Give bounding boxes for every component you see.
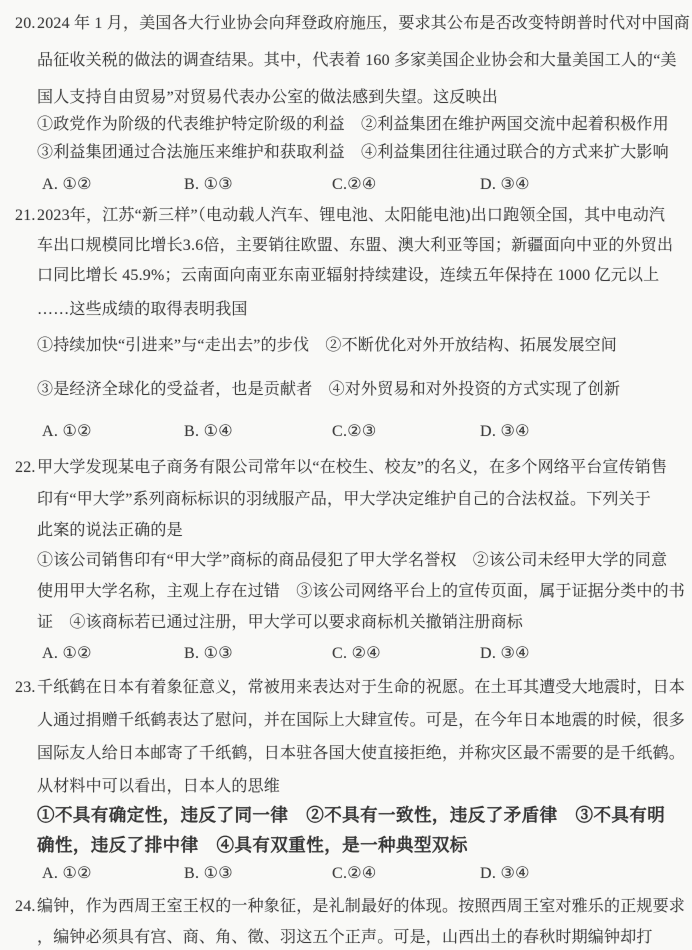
question-text-line: ①该公司销售印有“甲大学”商标的商品侵犯了甲大学名誉权 ②该公司未经甲大学的同意 <box>37 551 667 570</box>
question-text-line: ①不具有确定性，违反了同一律 ②不具有一致性，违反了矛盾律 ③不具有明 <box>37 806 665 825</box>
question-number: 20. <box>15 14 36 33</box>
answer-choices-row: A. ①②B. ①③C.②④D. ③④ <box>0 864 692 884</box>
question-text-line: 甲大学发现某电子商务有限公司常年以“在校生、校友”的名义，在多个网络平台宣传销售 <box>37 458 667 477</box>
question-text-line: 车出口规模同比增长3.6倍，主要销往欧盟、东盟、澳大利亚等国；新疆面向中亚的外贸… <box>37 236 673 255</box>
answer-choices-row: A. ①②B. ①③C.②④D. ③④ <box>0 175 692 195</box>
choice-option-A: A. ①② <box>42 175 92 194</box>
choice-option-A: A. ①② <box>42 422 92 441</box>
question-text-line: 印有“甲大学”系列商标标识的羽绒服产品，甲大学决定维护自己的合法权益。下列关于 <box>37 490 651 509</box>
choice-option-C: C.②④ <box>332 175 377 194</box>
choice-option-A: A. ①② <box>42 644 92 663</box>
question-text-line: 国际友人给日本邮寄了千纸鹤，日本驻各国大使直接拒绝，并称灾区最不需要的是千纸鹤。 <box>37 744 685 763</box>
choice-option-B: B. ①③ <box>184 864 233 883</box>
answer-choices-row: A. ①②B. ①④C.②③D. ③④ <box>0 422 692 442</box>
question-text-line: 口同比增长 45.9%；云南面向南亚东南亚辐射持续建设，连续五年保持在 1000… <box>37 266 659 285</box>
choice-option-D: D. ③④ <box>480 422 530 441</box>
question-text-line: 人通过捐赠千纸鹤表达了慰问，并在国际上大肆宣传。可是，在今年日本地震的时候，很多 <box>37 711 685 730</box>
question-text-line: ①持续加快“引进来”与“走出去”的步伐 ②不断优化对外开放结构、拓展发展空间 <box>37 336 617 355</box>
question-text-line: 品征收关税的做法的调查结果。其中，代表着 160 多家美国企业协会和大量美国工人… <box>37 51 677 70</box>
question-text-line: 此案的说法正确的是 <box>37 521 183 540</box>
question-text-line: ③利益集团通过合法施压来维护和获取利益 ④利益集团往往通过联合的方式来扩大影响 <box>37 143 669 162</box>
question-text-line: 使用甲大学名称，主观上存在过错 ③该公司网络平台上的宣传页面，属于证据分类中的书 <box>37 582 685 601</box>
exam-page: 20.2024 年 1 月，美国各大行业协会向拜登政府施压，要求其公布是否改变特… <box>0 0 692 950</box>
choice-option-D: D. ③④ <box>480 644 530 663</box>
choice-option-C: C.②④ <box>332 864 377 883</box>
choice-option-C: C. ②④ <box>332 644 381 663</box>
question-number: 24. <box>15 897 36 916</box>
question-text-line: ③是经济全球化的受益者，也是贡献者 ④对外贸易和对外投资的方式实现了创新 <box>37 380 620 399</box>
question-number: 22. <box>15 458 36 477</box>
question-number: 23. <box>15 678 36 697</box>
choice-option-B: B. ①③ <box>184 175 233 194</box>
answer-choices-row: A. ①②B. ①③C. ②④D. ③④ <box>0 644 692 664</box>
question-text-line: 国人支持自由贸易”对贸易代表办公室的做法感到失望。这反映出 <box>37 88 498 107</box>
question-text-line: 2024 年 1 月，美国各大行业协会向拜登政府施压，要求其公布是否改变特朗普时… <box>37 14 690 33</box>
question-text-line: 证 ④该商标若已通过注册，甲大学可以要求商标机关撤销注册商标 <box>37 613 523 632</box>
question-text-line: 从材料中可以看出，日本人的思维 <box>37 777 280 796</box>
question-text-line: ……这些成绩的取得表明我国 <box>37 300 248 319</box>
question-number: 21. <box>15 206 36 225</box>
choice-option-D: D. ③④ <box>480 864 530 883</box>
choice-option-B: B. ①③ <box>184 644 233 663</box>
question-text-line: ，编钟必须具有宫、商、角、徵、羽这五个正声。可是，山西出土的春秋时期编钟却打 <box>37 928 653 947</box>
question-text-line: ①政党作为阶级的代表维护特定阶级的利益 ②利益集团在维护两国交流中起着积极作用 <box>37 115 669 134</box>
question-text-line: 编钟，作为西周王室王权的一种象征，是礼制最好的体现。按照西周王室对雅乐的正规要求 <box>37 897 685 916</box>
question-text-line: 确性，违反了排中律 ④具有双重性，是一种典型双标 <box>37 836 468 855</box>
choice-option-D: D. ③④ <box>480 175 530 194</box>
question-text-line: 千纸鹤在日本有着象征意义，常被用来表达对于生命的祝愿。在土耳其遭受大地震时，日本 <box>37 678 685 697</box>
question-text-line: 2023年，江苏“新三样”（电动载人汽车、锂电池、太阳能电池)出口跑领全国，其中… <box>37 206 665 225</box>
choice-option-C: C.②③ <box>332 422 377 441</box>
choice-option-B: B. ①④ <box>184 422 233 441</box>
choice-option-A: A. ①② <box>42 864 92 883</box>
